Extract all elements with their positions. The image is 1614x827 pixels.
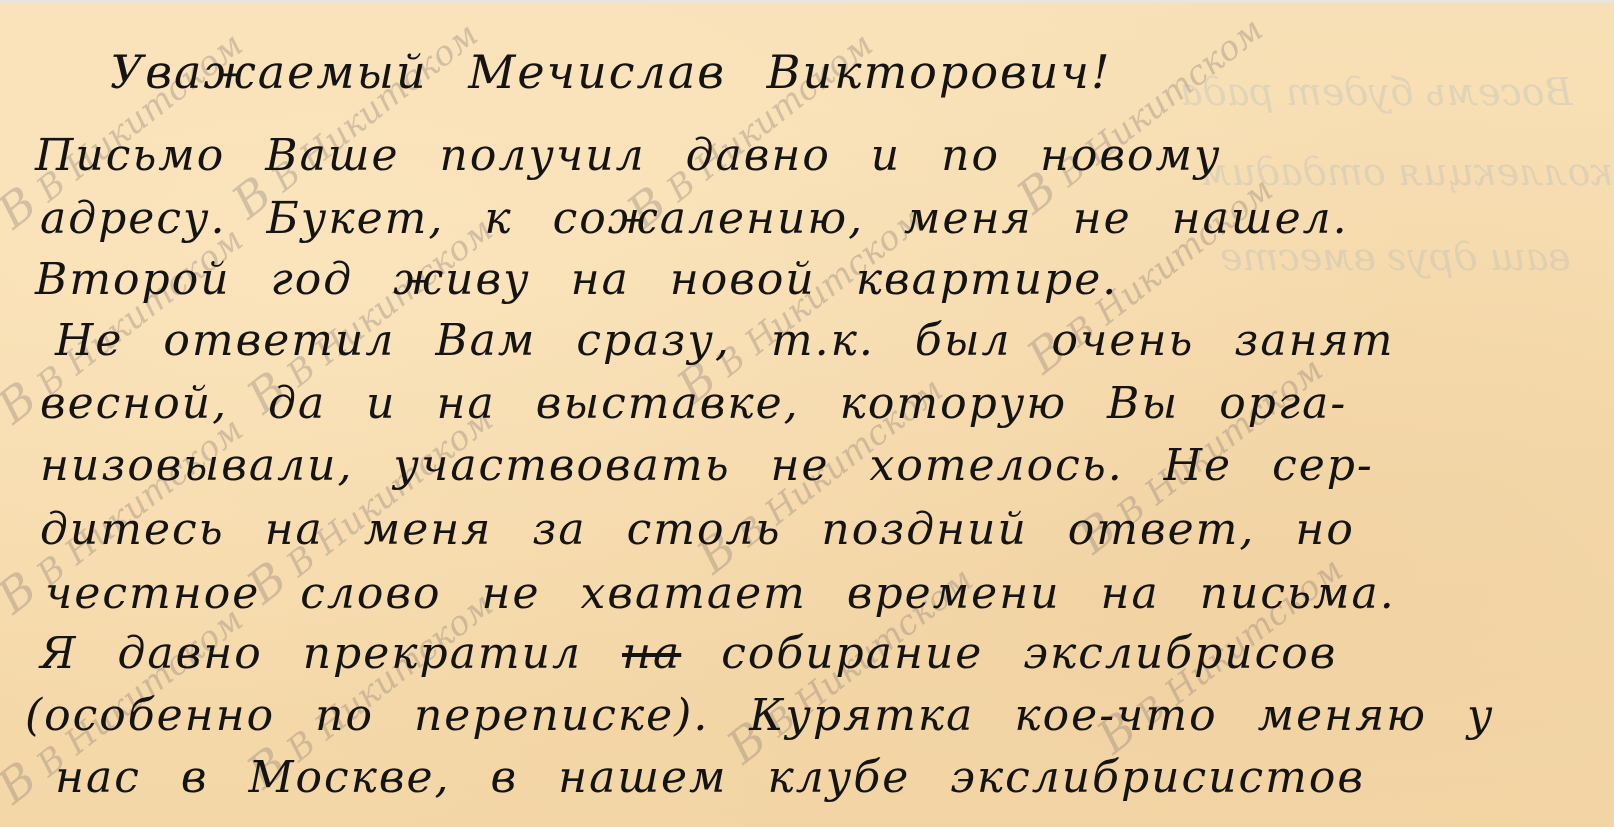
letter-line: Второй год живу на новой квартире. xyxy=(35,254,1118,305)
bleed-through-text: коллекция отдадим xyxy=(1200,150,1613,194)
struck-word: на xyxy=(622,628,681,679)
letter-line: (особенно по переписке). Курятка кое-что… xyxy=(25,690,1495,741)
letter-line: дитесь на меня за столь поздний ответ, н… xyxy=(40,504,1355,555)
letter-line: Я давно прекратил на собирание экслибрис… xyxy=(40,628,1337,679)
letter-line-text: Я давно прекратил xyxy=(40,628,582,679)
letter-line: адресу. Букет, к сожалению, меня не наше… xyxy=(40,193,1349,244)
paper-top-edge xyxy=(0,0,1614,3)
letter-line: весной, да и на выставке, которую Вы орг… xyxy=(40,378,1347,429)
bleed-through-text: Восемь будет рада xyxy=(1180,70,1573,114)
letter-line: нас в Москве, в нашем клубе экслибрисист… xyxy=(55,752,1365,803)
letter-line-text: собирание экслибрисов xyxy=(721,628,1337,679)
letter-line: Не ответил Вам сразу, т.к. был очень зан… xyxy=(55,315,1394,366)
letter-line: Письмо Ваше получил давно и по новому xyxy=(35,130,1222,181)
letter-line: низовывали, участвовать не хотелось. Не … xyxy=(40,440,1374,491)
letter-salutation: Уважаемый Мечислав Викторович! xyxy=(110,45,1112,99)
letter-line: честное слово не хватает времени на пись… xyxy=(45,568,1396,619)
